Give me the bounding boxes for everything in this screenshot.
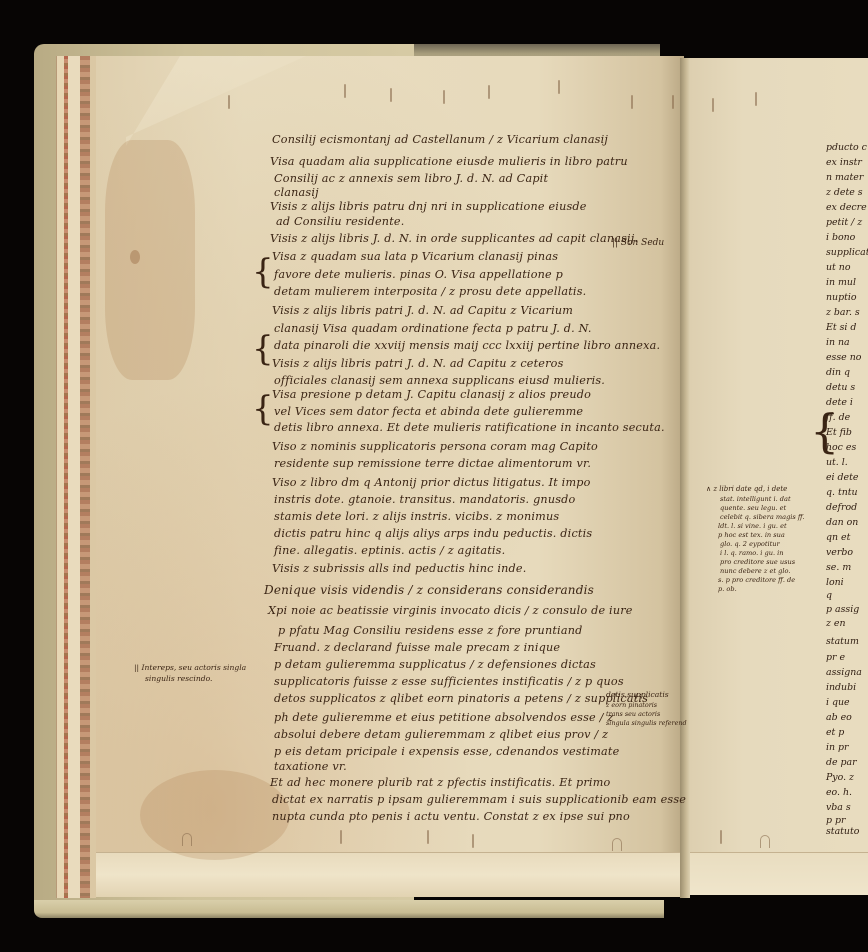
ruling-mark [340, 830, 342, 844]
text-line: din q [826, 367, 850, 378]
text-line: Visis z alijs libris patri J. d. N. ad C… [272, 357, 564, 370]
text-line: q. tntu [826, 487, 858, 498]
marginal-note: detis supplicatis [606, 690, 669, 701]
text-line: de par [826, 757, 857, 768]
text-line: vel Vices sem dator fecta et abinda dete… [274, 405, 583, 418]
ruling-mark [228, 95, 230, 109]
text-line: dictis patru hinc q alijs aliys arps ind… [274, 527, 592, 540]
text-line: p assig [826, 604, 859, 615]
text-line: i bono [826, 232, 855, 243]
gloss-line: ∧ z libri date qd, i dete [706, 484, 787, 495]
ruling-mark [631, 95, 633, 109]
text-line: ei dete [826, 472, 858, 483]
text-line: Et si d [826, 322, 856, 333]
ruling-mark [427, 830, 429, 844]
text-line: dan on [826, 517, 858, 528]
text-line: statum [826, 636, 859, 647]
text-line: se. m [826, 562, 851, 573]
text-line: eo. h. [826, 787, 852, 798]
text-line: p pfatu Mag Consiliu residens esse z for… [278, 624, 582, 637]
text-line: assigna [826, 667, 862, 678]
text-line: Pyo. z [826, 772, 854, 783]
ruling-mark [390, 88, 392, 102]
text-line: statuto [826, 826, 859, 837]
text-line: residente sup remissione terre dictae al… [274, 457, 591, 470]
ruling-mark [720, 830, 722, 844]
page-edge [68, 56, 80, 898]
marginal-note: singula singulis referend [606, 718, 687, 729]
text-line: ad Consiliu residente. [276, 215, 404, 228]
text-line: esse no [826, 352, 861, 363]
book-cover-bottom-edge [34, 900, 664, 918]
text-line: instris dote. gtanoie. transitus. mandat… [274, 493, 575, 506]
left-page-lower-margin [96, 852, 684, 897]
text-line: Visa z quadam sua lata p Vicarium clanas… [272, 250, 558, 263]
marginal-note: || Intereps, seu actoris singla [134, 663, 246, 674]
brace-mark: { [252, 255, 274, 289]
spot [130, 250, 140, 264]
text-line: Visis z alijs libris J. d. N. in orde su… [270, 232, 638, 245]
text-line: supplicatoris fuisse z esse sufficientes… [274, 675, 624, 688]
text-line: Et fib [826, 427, 852, 438]
right-page-lower-margin [690, 852, 868, 895]
text-line: supplicati [826, 247, 868, 258]
text-line: Viso z libro dm q Antonij prior dictus l… [272, 476, 591, 489]
ruling-mark [712, 98, 714, 112]
ruling-mark [672, 95, 674, 109]
text-line: detu s [826, 382, 855, 393]
text-line: favore dete mulieris. pinas O. Visa appe… [274, 268, 563, 281]
text-line: Visa presione p detam J. Capitu clanasij… [272, 388, 591, 401]
ruling-mark [443, 90, 445, 104]
text-line: Et ad hec monere plurib rat z pfectis in… [270, 776, 610, 789]
text-line: pr e [826, 652, 845, 663]
text-line: fine. allegatis. eptinis. actis / z agit… [274, 544, 505, 557]
red-speckled-page-edge [80, 56, 90, 898]
text-line: q [826, 590, 832, 601]
text-line: ut. l. [826, 457, 848, 468]
text-line: dete i [826, 397, 853, 408]
marginal-note: singulis rescindo. [145, 674, 212, 685]
text-line: Xpi noie ac beatissie virginis invocato … [268, 604, 633, 617]
text-line: clanasij [274, 186, 319, 199]
text-line: i que [826, 697, 850, 708]
text-line: in na [826, 337, 850, 348]
text-line: defrod [826, 502, 857, 513]
text-line: taxatione vr. [274, 760, 347, 773]
text-line: Consilij ac z annexis sem libro J. d. N.… [274, 172, 548, 185]
text-line: officiales clanasij sem annexa supplican… [274, 374, 605, 387]
text-line: vba s [826, 802, 851, 813]
ruling-mark [182, 833, 192, 846]
text-line: nupta cunda pto penis i actu ventu. Cons… [272, 810, 630, 823]
text-line: Fruand. z declarand fuisse male precam z… [274, 641, 560, 654]
text-line: n mater [826, 172, 863, 183]
text-line: dictat ex narratis p ipsam gulieremmam i… [272, 793, 686, 806]
text-line: in pr [826, 742, 849, 753]
text-line: ex instr [826, 157, 862, 168]
text-line: data pinaroli die xxviij mensis maij ccc… [274, 339, 660, 352]
text-line: Visis z alijs libris patri J. d. N. ad C… [272, 304, 573, 317]
text-line: Visa quadam alia supplicatione eiusde mu… [270, 155, 628, 168]
text-line: loni [826, 577, 844, 588]
text-line: petit / z [826, 217, 862, 228]
text-line: nuptio [826, 292, 857, 303]
ruling-mark [612, 838, 622, 851]
text-line: Visis z alijs libris patru dnj nri in su… [270, 200, 587, 213]
marginal-note: || Son Sedu [612, 238, 664, 249]
ruling-mark [488, 85, 490, 99]
text-line: z bar. s [826, 307, 860, 318]
text-line: z en [826, 618, 846, 629]
text-line: detis libro annexa. Et dete mulieris rat… [274, 421, 665, 434]
text-line: ex decre [826, 202, 867, 213]
brace-mark: { [252, 332, 274, 366]
text-line: Viso z nominis supplicatoris persona cor… [272, 440, 598, 453]
text-line: Denique visis videndis / z considerans c… [264, 583, 594, 597]
book-gutter [680, 58, 690, 898]
text-line: indubi [826, 682, 856, 693]
gloss-line: p. ob. [718, 584, 737, 595]
text-line: z dete s [826, 187, 863, 198]
text-line: Visis z subrissis alls ind peductis hinc… [272, 562, 526, 575]
ruling-mark [760, 835, 770, 848]
text-line: ph dete gulieremme et eius petitione abs… [274, 711, 613, 724]
text-line: Consilij ecismontanj ad Castellanum / z … [272, 133, 608, 146]
text-line: et p [826, 727, 844, 738]
text-line: pducto c [826, 142, 867, 153]
text-line: p eis detam pricipale i expensis esse, c… [274, 745, 619, 758]
text-line: detos supplicatos z qlibet eorn pinatori… [274, 692, 648, 705]
text-line: verbo [826, 547, 853, 558]
text-line: qn et [826, 532, 850, 543]
water-stain [105, 140, 195, 380]
text-line: ff. de [826, 412, 850, 423]
text-line: ut no [826, 262, 850, 273]
text-line: stamis dete lori. z alijs instris. vicib… [274, 510, 559, 523]
brace-mark: { [252, 392, 274, 426]
text-line: clanasij Visa quadam ordinatione fecta p… [274, 322, 592, 335]
text-line: p detam gulieremma supplicatus / z defen… [274, 658, 596, 671]
text-line: in mul [826, 277, 856, 288]
ruling-mark [558, 80, 560, 94]
ruling-mark [344, 84, 346, 98]
ruling-mark [755, 92, 757, 106]
text-line: detam mulierem interposita / z prosu det… [274, 285, 586, 298]
text-line: p pr [826, 815, 845, 826]
ruling-mark [472, 834, 474, 848]
text-line: ab eo [826, 712, 852, 723]
water-stain [140, 770, 290, 860]
text-line: absolui debere detam gulieremmam z qlibe… [274, 728, 608, 741]
text-line: hoc es [826, 442, 856, 453]
